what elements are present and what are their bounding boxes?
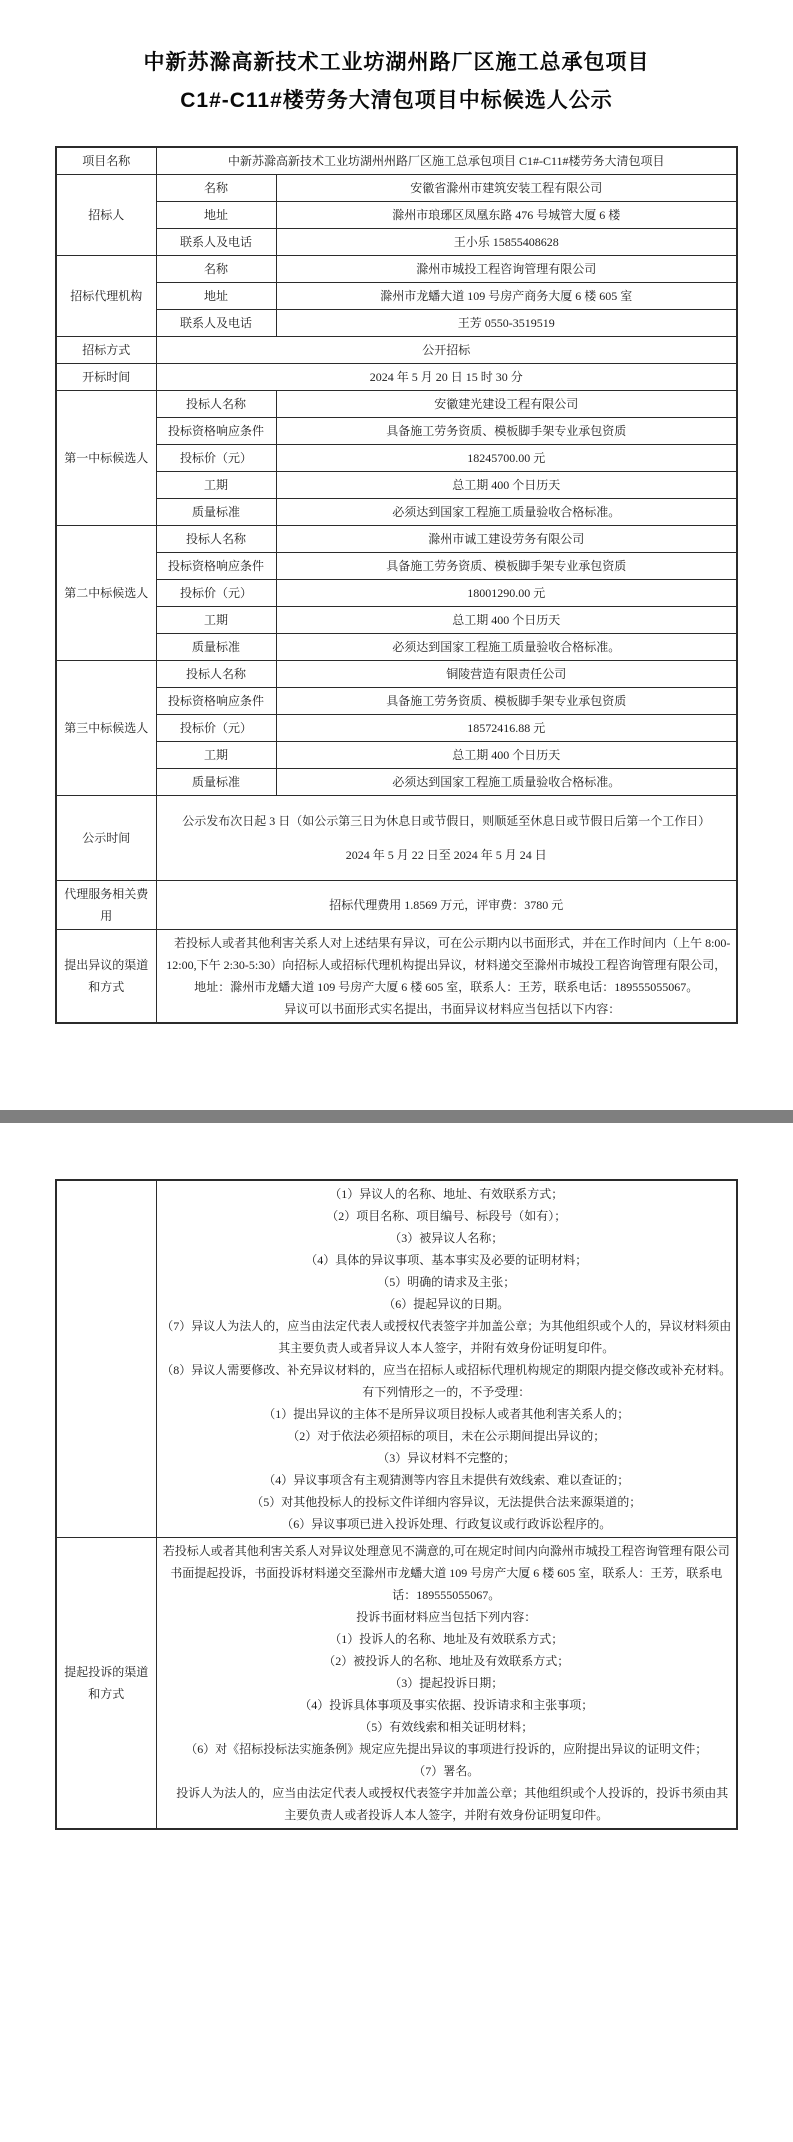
table-row: （1）异议人的名称、地址、有效联系方式； （2）项目名称、项目编号、标段号（如有… bbox=[56, 1180, 737, 1538]
complaint-channel-label: 提起投诉的渠道 和方式 bbox=[56, 1538, 156, 1830]
table-row: 投标价（元） 18245700.00 元 bbox=[56, 445, 737, 472]
publicity-dates-text: 2024 年 5 月 22 日至 2024 年 5 月 24 日 bbox=[161, 844, 733, 866]
duration-label: 工期 bbox=[156, 607, 276, 634]
title-line-1: 中新苏滁高新技术工业坊湖州路厂区施工总承包项目 bbox=[0, 44, 793, 82]
title-line-2: C1#-C11#楼劳务大清包项目中标候选人公示 bbox=[0, 82, 793, 120]
tenderer-name-value: 安徽省滁州市建筑安装工程有限公司 bbox=[276, 175, 737, 202]
announcement-table-page-2: （1）异议人的名称、地址、有效联系方式； （2）项目名称、项目编号、标段号（如有… bbox=[55, 1179, 738, 1830]
candidate-2-qualification: 具备施工劳务资质、模板脚手架专业承包资质 bbox=[276, 553, 737, 580]
table-row: 提起投诉的渠道 和方式 若投标人或者其他利害关系人对异议处理意见不满意的,可在规… bbox=[56, 1538, 737, 1830]
tenderer-address-value: 滁州市琅琊区凤凰东路 476 号城管大厦 6 楼 bbox=[276, 202, 737, 229]
project-name-label: 项目名称 bbox=[56, 147, 156, 175]
candidate-3-label: 第三中标候选人 bbox=[56, 661, 156, 796]
agency-contact-label: 联系人及电话 bbox=[156, 310, 276, 337]
table-row: 质量标准 必须达到国家工程施工质量验收合格标准。 bbox=[56, 769, 737, 796]
table-row: 工期 总工期 400 个日历天 bbox=[56, 472, 737, 499]
bid-method-value: 公开招标 bbox=[156, 337, 737, 364]
candidate-3-duration: 总工期 400 个日历天 bbox=[276, 742, 737, 769]
table-row: 联系人及电话 王小乐 15855408628 bbox=[56, 229, 737, 256]
agency-name-label: 名称 bbox=[156, 256, 276, 283]
objection-continued-content: （1）异议人的名称、地址、有效联系方式； （2）项目名称、项目编号、标段号（如有… bbox=[156, 1180, 737, 1538]
open-time-label: 开标时间 bbox=[56, 364, 156, 391]
publicity-time-value: 公示发布次日起 3 日（如公示第三日为休息日或节假日，则顺延至休息日或节假日后第… bbox=[156, 796, 737, 881]
bid-price-label: 投标价（元） bbox=[156, 445, 276, 472]
table-row: 第二中标候选人 投标人名称 滁州市诚工建设劳务有限公司 bbox=[56, 526, 737, 553]
table-row: 第一中标候选人 投标人名称 安徽建光建设工程有限公司 bbox=[56, 391, 737, 418]
table-row: 质量标准 必须达到国家工程施工质量验收合格标准。 bbox=[56, 499, 737, 526]
objection-item: （5）明确的请求及主张； bbox=[161, 1271, 733, 1293]
table-row: 投标资格响应条件 具备施工劳务资质、模板脚手架专业承包资质 bbox=[56, 553, 737, 580]
agency-fee-value: 招标代理费用 1.8569 万元，评审费：3780 元 bbox=[156, 881, 737, 930]
table-row: 投标资格响应条件 具备施工劳务资质、模板脚手架专业承包资质 bbox=[56, 688, 737, 715]
bidder-name-label: 投标人名称 bbox=[156, 661, 276, 688]
table-row: 项目名称 中新苏滁高新技术工业坊湖州州路厂区施工总承包项目 C1#-C11#楼劳… bbox=[56, 147, 737, 175]
candidate-1-qualification: 具备施工劳务资质、模板脚手架专业承包资质 bbox=[276, 418, 737, 445]
objection-item: （2）项目名称、项目编号、标段号（如有）； bbox=[161, 1205, 733, 1227]
objection-item: （3）被异议人名称； bbox=[161, 1227, 733, 1249]
candidate-1-label: 第一中标候选人 bbox=[56, 391, 156, 526]
objection-item: （4）具体的异议事项、基本事实及必要的证明材料； bbox=[161, 1249, 733, 1271]
objection-intro-text: 若投标人或者其他利害关系人对上述结果有异议，可在公示期内以书面形式，并在工作时间… bbox=[161, 932, 733, 998]
objection-item: （8）异议人需要修改、补充异议材料的，应当在招标人或招标代理机构规定的期限内提交… bbox=[161, 1359, 733, 1381]
complaint-item: （4）投诉具体事项及事实依据、投诉请求和主张事项； bbox=[161, 1694, 733, 1716]
page-separator bbox=[0, 1110, 793, 1123]
open-time-value: 2024 年 5 月 20 日 15 时 30 分 bbox=[156, 364, 737, 391]
table-row: 招标方式 公开招标 bbox=[56, 337, 737, 364]
table-row: 工期 总工期 400 个日历天 bbox=[56, 607, 737, 634]
objection-item: （6）提起异议的日期。 bbox=[161, 1293, 733, 1315]
table-row: 工期 总工期 400 个日历天 bbox=[56, 742, 737, 769]
tenderer-address-label: 地址 bbox=[156, 202, 276, 229]
qualification-label: 投标资格响应条件 bbox=[156, 418, 276, 445]
tenderer-name-label: 名称 bbox=[156, 175, 276, 202]
quality-label: 质量标准 bbox=[156, 499, 276, 526]
objection-item: （7）异议人为法人的，应当由法定代表人或授权代表签字并加盖公章；为其他组织或个人… bbox=[161, 1315, 733, 1359]
agency-address-label: 地址 bbox=[156, 283, 276, 310]
complaint-signature-text: 投诉人为法人的，应当由法定代表人或授权代表签字并加盖公章；其他组织或个人投诉的，… bbox=[161, 1782, 733, 1826]
table-row: 质量标准 必须达到国家工程施工质量验收合格标准。 bbox=[56, 634, 737, 661]
objection-rejection-item: （2）对于依法必须招标的项目，未在公示期间提出异议的； bbox=[161, 1425, 733, 1447]
candidate-2-price: 18001290.00 元 bbox=[276, 580, 737, 607]
objection-rejection-intro: 有下列情形之一的，不予受理： bbox=[161, 1381, 733, 1403]
bid-price-label: 投标价（元） bbox=[156, 580, 276, 607]
bid-price-label: 投标价（元） bbox=[156, 715, 276, 742]
document-page: 中新苏滁高新技术工业坊湖州路厂区施工总承包项目 C1#-C11#楼劳务大清包项目… bbox=[0, 0, 793, 2142]
quality-label: 质量标准 bbox=[156, 769, 276, 796]
objection-rejection-item: （5）对其他投标人的投标文件详细内容异议，无法提供合法来源渠道的； bbox=[161, 1491, 733, 1513]
complaint-item: （3）提起投诉日期； bbox=[161, 1672, 733, 1694]
publicity-period-text: 公示发布次日起 3 日（如公示第三日为休息日或节假日，则顺延至休息日或节假日后第… bbox=[161, 810, 733, 832]
agency-name-value: 滁州市城投工程咨询管理有限公司 bbox=[276, 256, 737, 283]
candidate-3-price: 18572416.88 元 bbox=[276, 715, 737, 742]
table-row: 联系人及电话 王芳 0550-3519519 bbox=[56, 310, 737, 337]
agency-label: 招标代理机构 bbox=[56, 256, 156, 337]
objection-rejection-item: （4）异议事项含有主观猜测等内容且未提供有效线索、难以查证的； bbox=[161, 1469, 733, 1491]
complaint-channel-content: 若投标人或者其他利害关系人对异议处理意见不满意的,可在规定时间内向滁州市城投工程… bbox=[156, 1538, 737, 1830]
bidder-name-label: 投标人名称 bbox=[156, 391, 276, 418]
candidate-3-quality: 必须达到国家工程施工质量验收合格标准。 bbox=[276, 769, 737, 796]
table-row: 地址 滁州市龙蟠大道 109 号房产商务大厦 6 楼 605 室 bbox=[56, 283, 737, 310]
quality-label: 质量标准 bbox=[156, 634, 276, 661]
complaint-intro-text: 若投标人或者其他利害关系人对异议处理意见不满意的,可在规定时间内向滁州市城投工程… bbox=[161, 1540, 733, 1606]
table-row: 投标价（元） 18572416.88 元 bbox=[56, 715, 737, 742]
candidate-2-label: 第二中标候选人 bbox=[56, 526, 156, 661]
table-row: 投标价（元） 18001290.00 元 bbox=[56, 580, 737, 607]
candidate-1-duration: 总工期 400 个日历天 bbox=[276, 472, 737, 499]
objection-materials-intro: 异议可以书面形式实名提出，书面异议材料应当包括以下内容： bbox=[161, 998, 733, 1020]
agency-fee-label: 代理服务相关费 用 bbox=[56, 881, 156, 930]
objection-rejection-item: （6）异议事项已进入投诉处理、行政复议或行政诉讼程序的。 bbox=[161, 1513, 733, 1535]
tenderer-contact-value: 王小乐 15855408628 bbox=[276, 229, 737, 256]
project-name-value: 中新苏滁高新技术工业坊湖州州路厂区施工总承包项目 C1#-C11#楼劳务大清包项… bbox=[156, 147, 737, 175]
objection-rejection-item: （3）异议材料不完整的； bbox=[161, 1447, 733, 1469]
duration-label: 工期 bbox=[156, 472, 276, 499]
candidate-3-name: 铜陵营造有限责任公司 bbox=[276, 661, 737, 688]
table-row: 投标资格响应条件 具备施工劳务资质、模板脚手架专业承包资质 bbox=[56, 418, 737, 445]
table-row: 招标人 名称 安徽省滁州市建筑安装工程有限公司 bbox=[56, 175, 737, 202]
agency-address-value: 滁州市龙蟠大道 109 号房产商务大厦 6 楼 605 室 bbox=[276, 283, 737, 310]
complaint-item: （1）投诉人的名称、地址及有效联系方式； bbox=[161, 1628, 733, 1650]
bidder-name-label: 投标人名称 bbox=[156, 526, 276, 553]
objection-channel-content: 若投标人或者其他利害关系人对上述结果有异议，可在公示期内以书面形式，并在工作时间… bbox=[156, 930, 737, 1024]
complaint-item: （7）署名。 bbox=[161, 1760, 733, 1782]
candidate-3-qualification: 具备施工劳务资质、模板脚手架专业承包资质 bbox=[276, 688, 737, 715]
complaint-item: （2）被投诉人的名称、地址及有效联系方式； bbox=[161, 1650, 733, 1672]
candidate-1-name: 安徽建光建设工程有限公司 bbox=[276, 391, 737, 418]
table-row: 地址 滁州市琅琊区凤凰东路 476 号城管大厦 6 楼 bbox=[56, 202, 737, 229]
table-row: 公示时间 公示发布次日起 3 日（如公示第三日为休息日或节假日，则顺延至休息日或… bbox=[56, 796, 737, 881]
bid-method-label: 招标方式 bbox=[56, 337, 156, 364]
candidate-2-duration: 总工期 400 个日历天 bbox=[276, 607, 737, 634]
candidate-2-quality: 必须达到国家工程施工质量验收合格标准。 bbox=[276, 634, 737, 661]
complaint-materials-intro: 投诉书面材料应当包括下列内容： bbox=[161, 1606, 733, 1628]
objection-continued-label bbox=[56, 1180, 156, 1538]
candidate-1-price: 18245700.00 元 bbox=[276, 445, 737, 472]
complaint-item: （5）有效线索和相关证明材料； bbox=[161, 1716, 733, 1738]
table-row: 第三中标候选人 投标人名称 铜陵营造有限责任公司 bbox=[56, 661, 737, 688]
complaint-item: （6）对《招标投标法实施条例》规定应先提出异议的事项进行投诉的，应附提出异议的证… bbox=[161, 1738, 733, 1760]
objection-item: （1）异议人的名称、地址、有效联系方式； bbox=[161, 1183, 733, 1205]
objection-rejection-item: （1）提出异议的主体不是所异议项目投标人或者其他利害关系人的； bbox=[161, 1403, 733, 1425]
document-title: 中新苏滁高新技术工业坊湖州路厂区施工总承包项目 C1#-C11#楼劳务大清包项目… bbox=[0, 0, 793, 120]
candidate-1-quality: 必须达到国家工程施工质量验收合格标准。 bbox=[276, 499, 737, 526]
candidate-2-name: 滁州市诚工建设劳务有限公司 bbox=[276, 526, 737, 553]
announcement-table: 项目名称 中新苏滁高新技术工业坊湖州州路厂区施工总承包项目 C1#-C11#楼劳… bbox=[55, 146, 738, 1024]
agency-contact-value: 王芳 0550-3519519 bbox=[276, 310, 737, 337]
publicity-time-label: 公示时间 bbox=[56, 796, 156, 881]
qualification-label: 投标资格响应条件 bbox=[156, 688, 276, 715]
table-row: 招标代理机构 名称 滁州市城投工程咨询管理有限公司 bbox=[56, 256, 737, 283]
tenderer-label: 招标人 bbox=[56, 175, 156, 256]
tenderer-contact-label: 联系人及电话 bbox=[156, 229, 276, 256]
table-row: 提出异议的渠道 和方式 若投标人或者其他利害关系人对上述结果有异议，可在公示期内… bbox=[56, 930, 737, 1024]
table-row: 开标时间 2024 年 5 月 20 日 15 时 30 分 bbox=[56, 364, 737, 391]
qualification-label: 投标资格响应条件 bbox=[156, 553, 276, 580]
table-row: 代理服务相关费 用 招标代理费用 1.8569 万元，评审费：3780 元 bbox=[56, 881, 737, 930]
objection-channel-label: 提出异议的渠道 和方式 bbox=[56, 930, 156, 1024]
duration-label: 工期 bbox=[156, 742, 276, 769]
